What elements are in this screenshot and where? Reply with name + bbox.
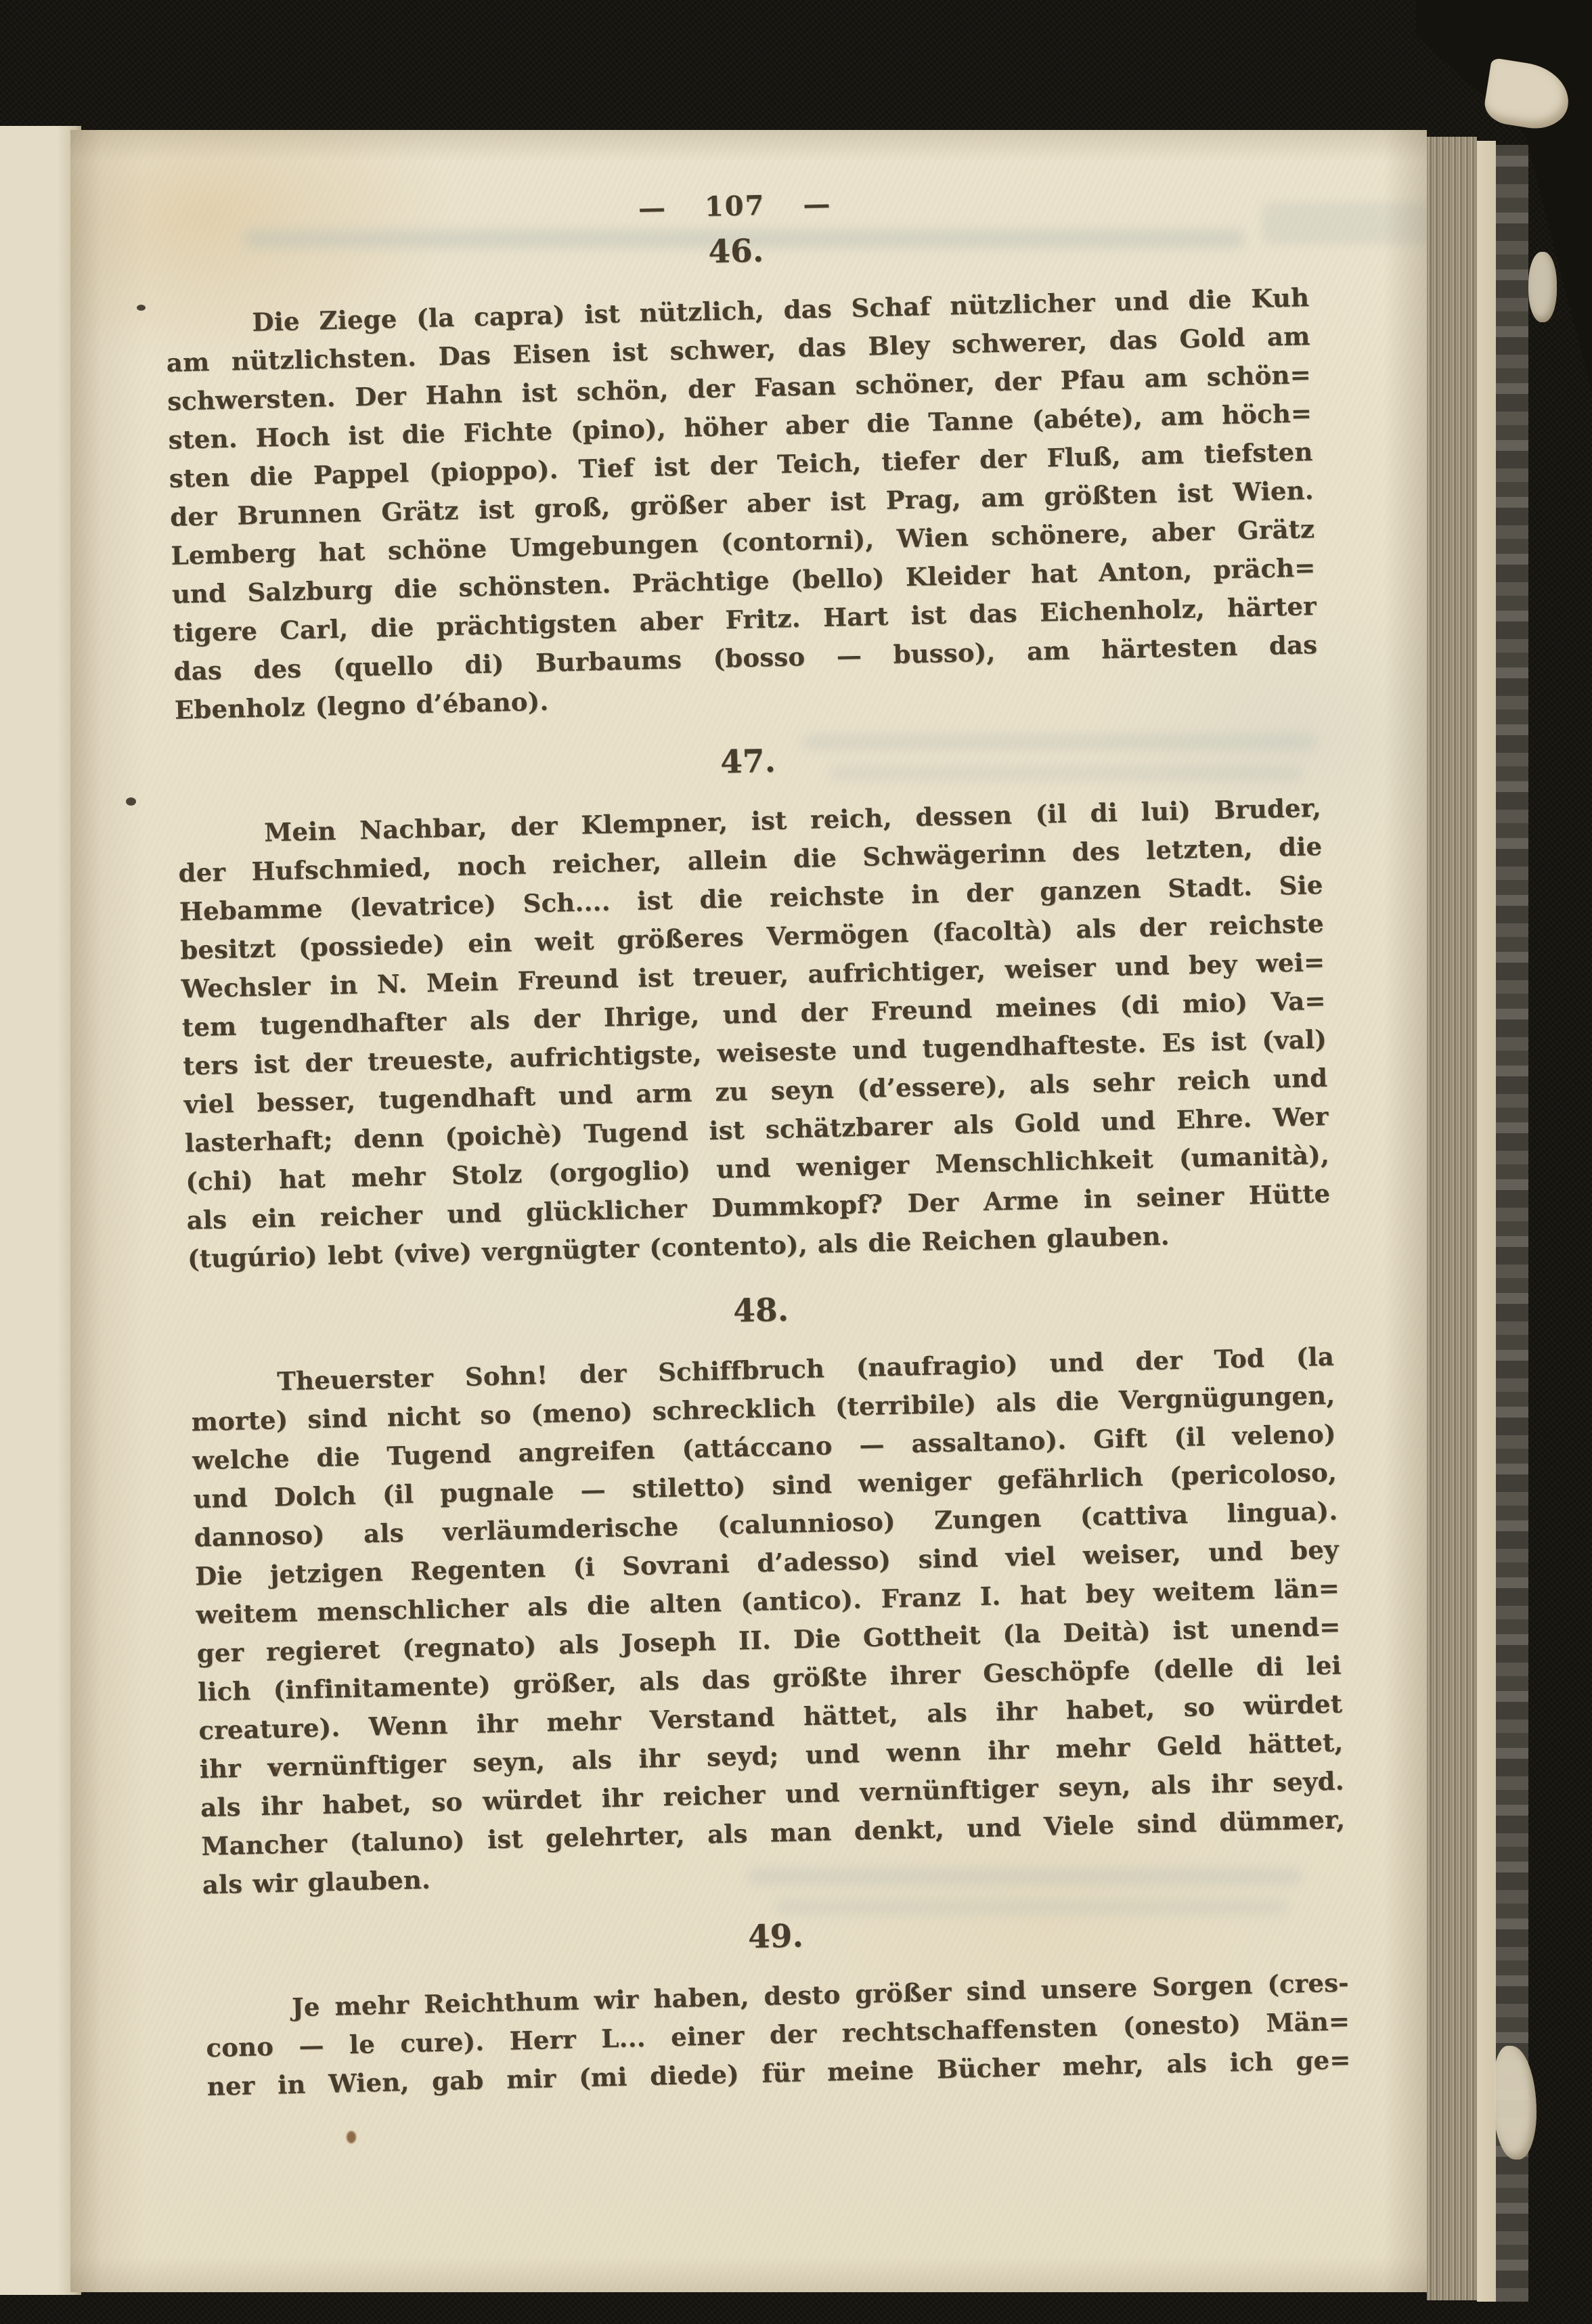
- book-page: — 107 — 46.Die Ziege (la capra) ist nütz…: [70, 130, 1427, 2292]
- marbled-cover-edge: [1496, 145, 1528, 2302]
- paragraph: Je mehr Reichthum wir haben, desto größe…: [205, 1963, 1352, 2106]
- section-heading: 49.: [203, 1904, 1348, 1969]
- text-block: — 107 — 46.Die Ziege (la capra) ist nütz…: [162, 175, 1351, 2106]
- section: 47.Mein Nachbar, der Klempner, ist reich…: [176, 730, 1332, 1279]
- book-photo: — 107 — 46.Die Ziege (la capra) ist nütz…: [0, 0, 1592, 2324]
- ink-speck: [126, 797, 136, 806]
- ink-speck: [137, 305, 146, 311]
- section: 49.Je mehr Reichthum wir haben, desto gr…: [203, 1904, 1351, 2106]
- header-dash-right: —: [803, 188, 832, 220]
- paper-stain: [347, 2131, 356, 2143]
- paragraph: Theuerster Sohn! der Schiffbruch (naufra…: [190, 1338, 1346, 1905]
- section: 46.Die Ziege (la capra) ist nützlich, da…: [164, 219, 1319, 730]
- section-heading: 47.: [176, 730, 1321, 794]
- page-number: 107: [704, 189, 766, 222]
- page-edges-strip: [1477, 141, 1496, 2302]
- sections: 46.Die Ziege (la capra) ist nützlich, da…: [164, 219, 1351, 2106]
- fore-edge-page-stack: [1427, 137, 1477, 2300]
- torn-paper-fragment: [1528, 252, 1557, 322]
- paragraph: Mein Nachbar, der Klempner, ist reich, d…: [177, 789, 1332, 1279]
- section-heading: 48.: [189, 1279, 1333, 1343]
- left-page-edge: [0, 126, 81, 2295]
- section: 48.Theuerster Sohn! der Schiffbruch (nau…: [189, 1279, 1346, 1905]
- paragraph: Die Ziege (la capra) ist nützlich, das S…: [165, 278, 1319, 730]
- torn-paper-fragment: [1493, 2046, 1536, 2159]
- header-dash-left: —: [638, 192, 667, 224]
